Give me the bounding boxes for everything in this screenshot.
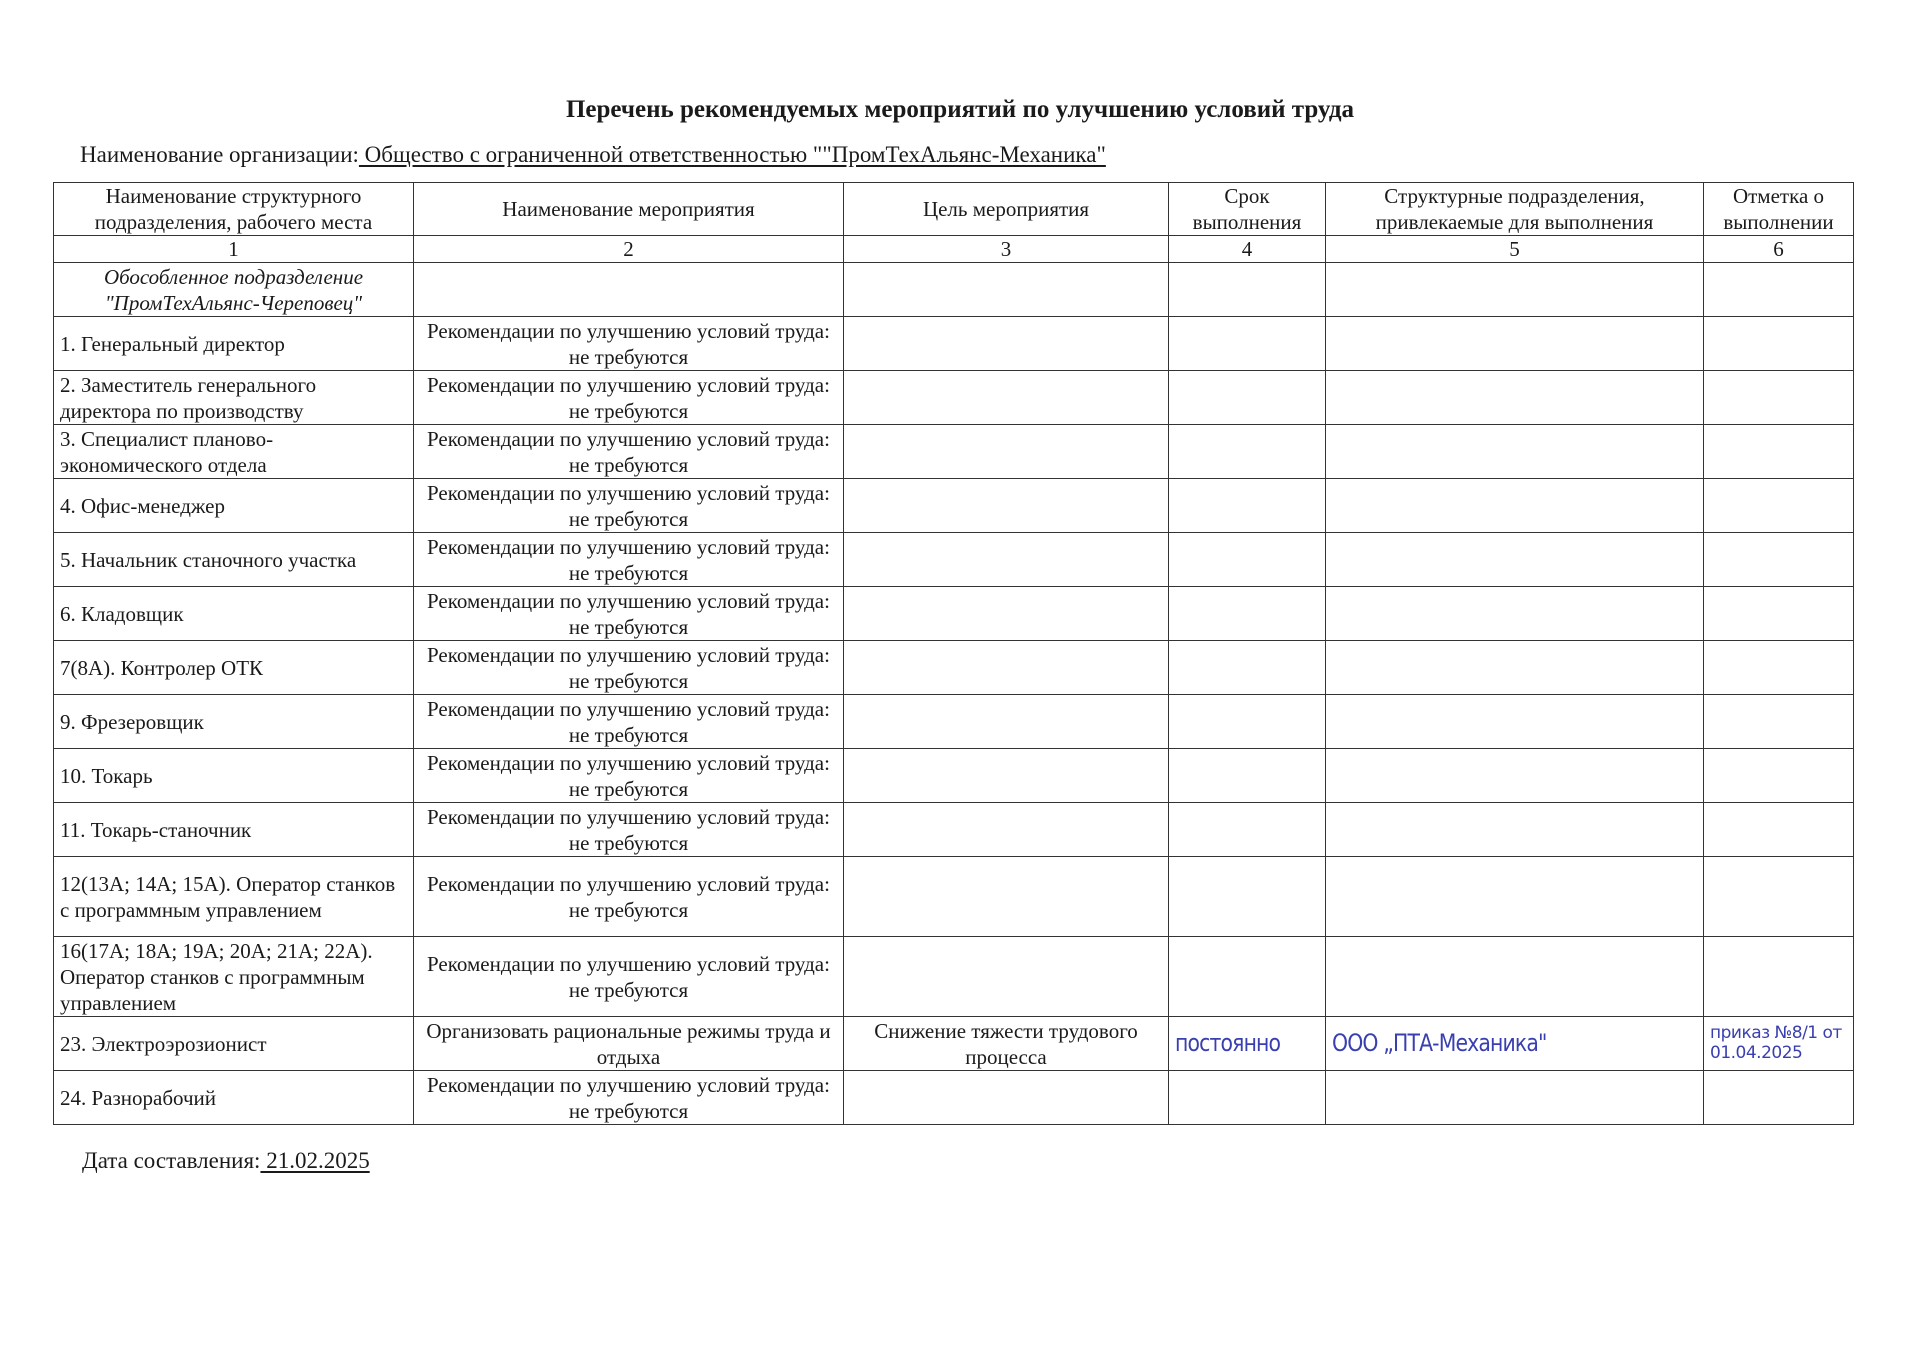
measure-cell: Рекомендации по улучшению условий труда:…: [414, 641, 844, 695]
departments-cell: [1326, 857, 1704, 937]
division-row: Обособленное подразделение "ПромТехАльян…: [54, 263, 1854, 317]
column-number-row: 1 2 3 4 5 6: [54, 236, 1854, 263]
deadline-cell: [1169, 371, 1326, 425]
header-mark: Отметка о выполнении: [1704, 183, 1854, 236]
completion-mark-cell: [1704, 533, 1854, 587]
departments-cell: [1326, 1071, 1704, 1125]
goal-cell: [844, 749, 1169, 803]
departments-cell: [1326, 695, 1704, 749]
departments-cell: [1326, 371, 1704, 425]
deadline-cell: [1169, 749, 1326, 803]
measure-cell: Организовать рациональные режимы труда и…: [414, 1017, 844, 1071]
table-row: 23. ЭлектроэрозионистОрганизовать рацион…: [54, 1017, 1854, 1071]
goal-cell: [844, 695, 1169, 749]
deadline-cell: [1169, 857, 1326, 937]
departments-cell: [1326, 641, 1704, 695]
measure-cell: Рекомендации по улучшению условий труда:…: [414, 749, 844, 803]
completion-mark-cell: [1704, 803, 1854, 857]
table-row: 1. Генеральный директорРекомендации по у…: [54, 317, 1854, 371]
measure-cell: Рекомендации по улучшению условий труда:…: [414, 937, 844, 1017]
completion-mark-cell: [1704, 425, 1854, 479]
table-row: 16(17А; 18А; 19А; 20А; 21А; 22А). Операт…: [54, 937, 1854, 1017]
workplace-cell: 24. Разнорабочий: [54, 1071, 414, 1125]
deadline-cell: [1169, 1071, 1326, 1125]
deadline-cell: [1169, 533, 1326, 587]
completion-mark-cell: [1704, 1071, 1854, 1125]
goal-cell: [844, 587, 1169, 641]
measure-cell: Рекомендации по улучшению условий труда:…: [414, 803, 844, 857]
completion-mark-cell: [1704, 317, 1854, 371]
header-deadline: Срок выполнения: [1169, 183, 1326, 236]
deadline-cell: [1169, 479, 1326, 533]
completion-mark-cell: [1704, 479, 1854, 533]
header-departments: Структурные подразделения, привлекаемые …: [1326, 183, 1704, 236]
measure-cell: Рекомендации по улучшению условий труда:…: [414, 425, 844, 479]
goal-cell: [844, 937, 1169, 1017]
goal-cell: [844, 1071, 1169, 1125]
deadline-cell: [1169, 695, 1326, 749]
table-row: 5. Начальник станочного участкаРекоменда…: [54, 533, 1854, 587]
handwritten-note: приказ №8/1 от 01.04.2025: [1710, 1023, 1847, 1063]
measure-cell: Рекомендации по улучшению условий труда:…: [414, 857, 844, 937]
goal-cell: [844, 425, 1169, 479]
goal-cell: [844, 533, 1169, 587]
empty-cell: [1169, 263, 1326, 317]
deadline-cell: [1169, 425, 1326, 479]
handwritten-note: ООО „ПТА-Механика": [1332, 1030, 1547, 1056]
empty-cell: [1326, 263, 1704, 317]
table-row: 6. КладовщикРекомендации по улучшению ус…: [54, 587, 1854, 641]
table-row: 3. Специалист планово-экономического отд…: [54, 425, 1854, 479]
goal-cell: Снижение тяжести трудового процесса: [844, 1017, 1169, 1071]
workplace-cell: 9. Фрезеровщик: [54, 695, 414, 749]
column-number: 6: [1704, 236, 1854, 263]
departments-cell: [1326, 317, 1704, 371]
goal-cell: [844, 641, 1169, 695]
goal-cell: [844, 479, 1169, 533]
completion-mark-cell: [1704, 749, 1854, 803]
departments-cell: [1326, 425, 1704, 479]
workplace-cell: 7(8А). Контролер ОТК: [54, 641, 414, 695]
deadline-cell: [1169, 803, 1326, 857]
completion-mark-cell: [1704, 695, 1854, 749]
table-row: 12(13А; 14А; 15А). Оператор станков с пр…: [54, 857, 1854, 937]
empty-cell: [414, 263, 844, 317]
workplace-cell: 23. Электроэрозионист: [54, 1017, 414, 1071]
completion-mark-cell: приказ №8/1 от 01.04.2025: [1704, 1017, 1854, 1071]
goal-cell: [844, 317, 1169, 371]
division-name: Обособленное подразделение "ПромТехАльян…: [54, 263, 414, 317]
measure-cell: Рекомендации по улучшению условий труда:…: [414, 371, 844, 425]
departments-cell: [1326, 749, 1704, 803]
departments-cell: [1326, 587, 1704, 641]
table-row: 24. РазнорабочийРекомендации по улучшени…: [54, 1071, 1854, 1125]
workplace-cell: 6. Кладовщик: [54, 587, 414, 641]
compiled-date-label: Дата составления:: [82, 1148, 260, 1173]
measure-cell: Рекомендации по улучшению условий труда:…: [414, 479, 844, 533]
deadline-cell: [1169, 587, 1326, 641]
table-row: 11. Токарь-станочникРекомендации по улуч…: [54, 803, 1854, 857]
table-row: 9. ФрезеровщикРекомендации по улучшению …: [54, 695, 1854, 749]
organization-line: Наименование организации: Общество с огр…: [80, 142, 1106, 168]
compiled-date-value: 21.02.2025: [260, 1148, 369, 1173]
table-row: 4. Офис-менеджерРекомендации по улучшени…: [54, 479, 1854, 533]
empty-cell: [844, 263, 1169, 317]
measure-cell: Рекомендации по улучшению условий труда:…: [414, 533, 844, 587]
deadline-cell: [1169, 317, 1326, 371]
compiled-date-line: Дата составления: 21.02.2025: [82, 1148, 370, 1174]
column-number: 4: [1169, 236, 1326, 263]
goal-cell: [844, 371, 1169, 425]
measure-cell: Рекомендации по улучшению условий труда:…: [414, 695, 844, 749]
workplace-cell: 4. Офис-менеджер: [54, 479, 414, 533]
workplace-cell: 12(13А; 14А; 15А). Оператор станков с пр…: [54, 857, 414, 937]
departments-cell: [1326, 533, 1704, 587]
goal-cell: [844, 803, 1169, 857]
header-workplace: Наименование структурного подразделения,…: [54, 183, 414, 236]
table-row: 7(8А). Контролер ОТКРекомендации по улуч…: [54, 641, 1854, 695]
column-number: 3: [844, 236, 1169, 263]
completion-mark-cell: [1704, 371, 1854, 425]
column-number: 5: [1326, 236, 1704, 263]
organization-name: Общество с ограниченной ответственностью…: [359, 142, 1106, 167]
workplace-cell: 10. Токарь: [54, 749, 414, 803]
completion-mark-cell: [1704, 857, 1854, 937]
measure-cell: Рекомендации по улучшению условий труда:…: [414, 317, 844, 371]
column-number: 1: [54, 236, 414, 263]
organization-label: Наименование организации:: [80, 142, 359, 167]
workplace-cell: 2. Заместитель генерального директора по…: [54, 371, 414, 425]
measures-table: Наименование структурного подразделения,…: [53, 182, 1854, 1125]
departments-cell: ООО „ПТА-Механика": [1326, 1017, 1704, 1071]
departments-cell: [1326, 937, 1704, 1017]
deadline-cell: [1169, 641, 1326, 695]
header-goal: Цель мероприятия: [844, 183, 1169, 236]
workplace-cell: 11. Токарь-станочник: [54, 803, 414, 857]
workplace-cell: 16(17А; 18А; 19А; 20А; 21А; 22А). Операт…: [54, 937, 414, 1017]
goal-cell: [844, 857, 1169, 937]
deadline-cell: постоянно: [1169, 1017, 1326, 1071]
handwritten-note: постоянно: [1175, 1030, 1280, 1056]
departments-cell: [1326, 479, 1704, 533]
departments-cell: [1326, 803, 1704, 857]
deadline-cell: [1169, 937, 1326, 1017]
table-row: 10. ТокарьРекомендации по улучшению усло…: [54, 749, 1854, 803]
measure-cell: Рекомендации по улучшению условий труда:…: [414, 1071, 844, 1125]
header-measure: Наименование мероприятия: [414, 183, 844, 236]
measure-cell: Рекомендации по улучшению условий труда:…: [414, 587, 844, 641]
column-number: 2: [414, 236, 844, 263]
empty-cell: [1704, 263, 1854, 317]
completion-mark-cell: [1704, 641, 1854, 695]
table-row: 2. Заместитель генерального директора по…: [54, 371, 1854, 425]
workplace-cell: 5. Начальник станочного участка: [54, 533, 414, 587]
completion-mark-cell: [1704, 587, 1854, 641]
completion-mark-cell: [1704, 937, 1854, 1017]
workplace-cell: 1. Генеральный директор: [54, 317, 414, 371]
page-title: Перечень рекомендуемых мероприятий по ул…: [0, 96, 1920, 124]
workplace-cell: 3. Специалист планово-экономического отд…: [54, 425, 414, 479]
header-row: Наименование структурного подразделения,…: [54, 183, 1854, 236]
